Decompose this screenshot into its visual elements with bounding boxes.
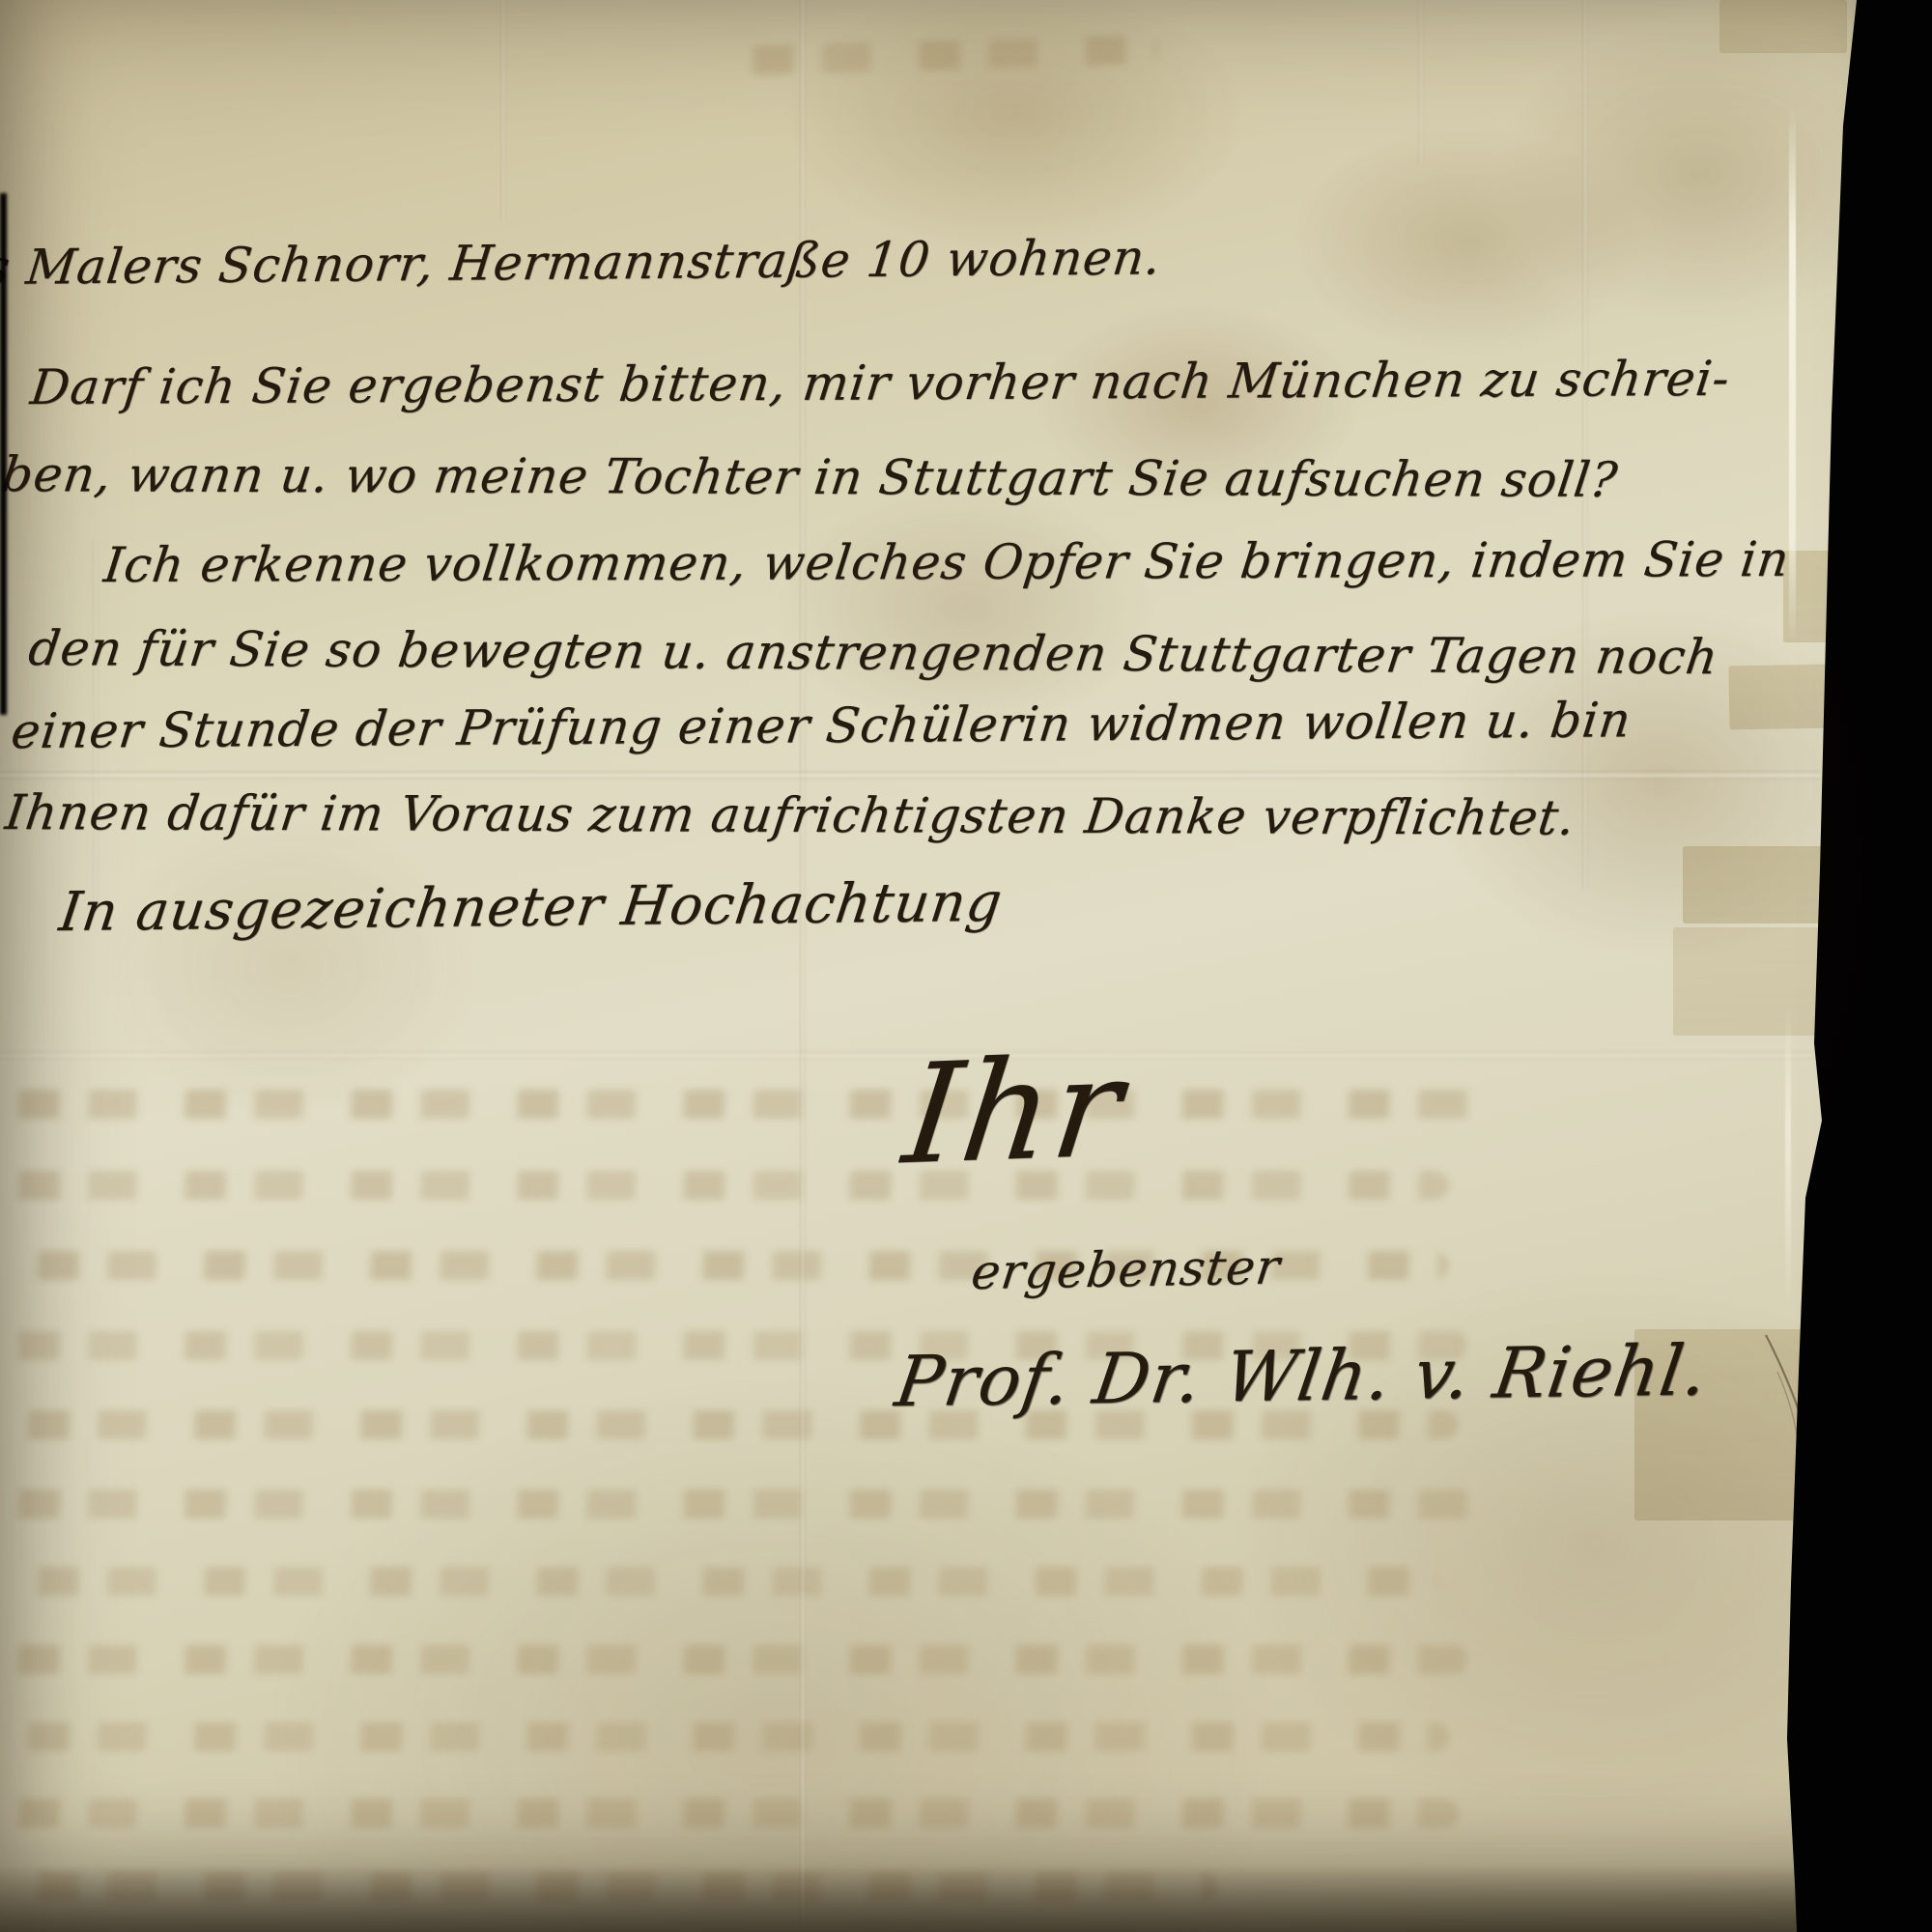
photo-background: s Malers Schnorr, Hermannstraße 10 wohne…	[0, 0, 1932, 1932]
signature-valediction: ergebenster	[968, 1238, 1283, 1300]
handwritten-line-5: den für Sie so bewegten u. anstrengenden…	[25, 620, 1721, 685]
tape-strip	[1728, 664, 1886, 730]
background-sliver	[0, 193, 7, 715]
handwritten-line-6: einer Stunde der Prüfung einer Schülerin…	[9, 692, 1634, 759]
handwritten-line-3: ben, wann u. wo meine Tochter in Stuttga…	[0, 446, 1621, 508]
tape-strip	[1783, 551, 1868, 642]
ghost-text-line	[0, 1171, 1449, 1200]
tape-strip	[1683, 846, 1889, 923]
letter-paper: s Malers Schnorr, Hermannstraße 10 wohne…	[0, 0, 1932, 1932]
handwritten-line-1: s Malers Schnorr, Hermannstraße 10 wohne…	[0, 229, 1164, 296]
fold-crease	[1582, 0, 1588, 889]
handwritten-line-7: Ihnen dafür im Voraus zum aufrichtigsten…	[2, 784, 1578, 846]
ghost-text-line	[0, 1090, 1488, 1119]
paper-edge-highlight	[1785, 1005, 1791, 1314]
handwritten-line-2: Darf ich Sie ergebenst bitten, mir vorhe…	[28, 351, 1733, 415]
ghost-text-line	[19, 1872, 1217, 1901]
signature-name: Prof. Dr. Wlh. v. Riehl.	[891, 1329, 1714, 1422]
ghost-text-line	[0, 1645, 1468, 1674]
tape-strip	[1719, 0, 1847, 53]
shadow	[0, 1864, 1932, 1932]
paper-edge-highlight	[1789, 104, 1796, 645]
signature-pronoun: Ihr	[896, 1028, 1132, 1196]
ghost-text-line	[0, 1490, 1478, 1519]
closing-line: In ausgezeichneter Hochachtung	[56, 871, 1007, 944]
fold-crease	[1418, 0, 1424, 164]
handwritten-line-4: Ich erkenne vollkommen, welches Opfer Si…	[101, 531, 1793, 593]
tape-strip	[1673, 927, 1826, 1036]
ghost-text-line	[10, 1722, 1449, 1751]
fold-crease	[500, 0, 506, 222]
fold-crease	[0, 771, 1820, 780]
fold-crease	[0, 1051, 1814, 1060]
ghost-text-line	[734, 35, 1160, 75]
ghost-text-line	[0, 1799, 1459, 1828]
ghost-text-line	[19, 1567, 1439, 1596]
